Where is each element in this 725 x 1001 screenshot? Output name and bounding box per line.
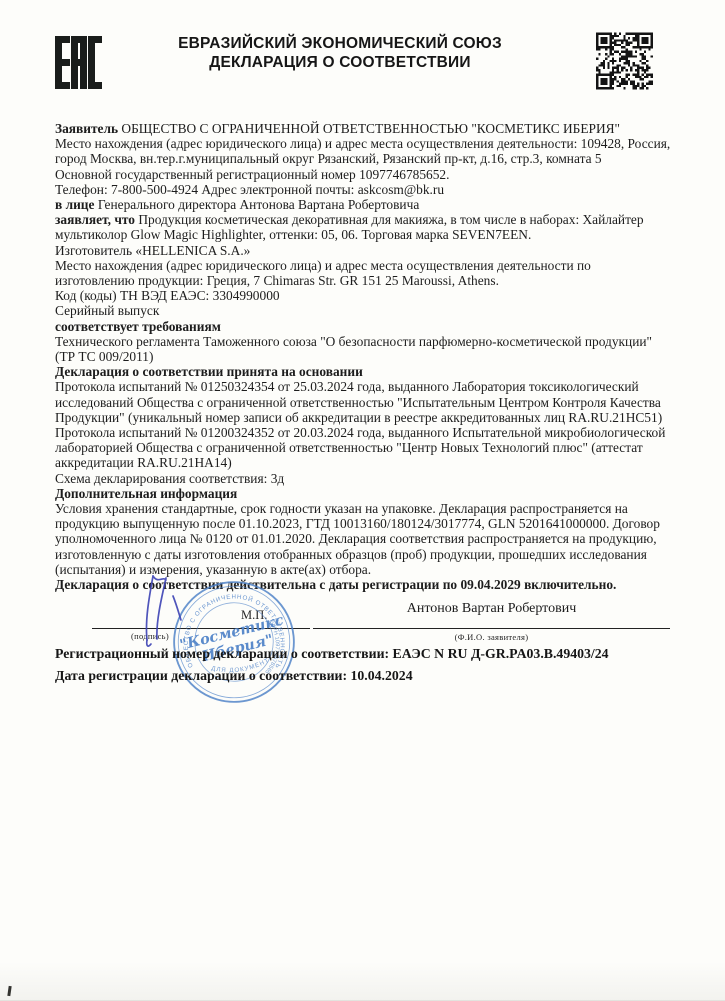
- in-person-label: в лице: [55, 197, 94, 212]
- document-title: ЕВРАЗИЙСКИЙ ЭКОНОМИЧЕСКИЙ СОЮЗ ДЕКЛАРАЦИ…: [105, 34, 575, 72]
- manufacturer-address: Место нахождения (адрес юридического лиц…: [55, 258, 672, 288]
- qr-code: [596, 31, 653, 91]
- registration-date-line: Дата регистрации декларации о соответств…: [55, 668, 413, 684]
- declares-line: заявляет, что Продукция косметическая де…: [55, 212, 672, 242]
- test-protocol-2: Протокола испытаний № 01200324352 от 20.…: [55, 425, 672, 471]
- in-person-value: Генерального директора Антонова Вартана …: [94, 197, 419, 212]
- ogrn-line: Основной государственный регистрационный…: [55, 167, 672, 182]
- declaration-document: ЕВРАЗИЙСКИЙ ЭКОНОМИЧЕСКИЙ СОЮЗ ДЕКЛАРАЦИ…: [0, 0, 725, 1001]
- registration-number-line: Регистрационный номер декларации о соотв…: [55, 646, 609, 662]
- regulation-line: Технического регламента Таможенного союз…: [55, 334, 672, 364]
- applicant-label: Заявитель: [55, 121, 118, 136]
- applicant-address: Место нахождения (адрес юридического лиц…: [55, 136, 672, 166]
- scan-artifact: [7, 986, 11, 996]
- applicant-value: ОБЩЕСТВО С ОГРАНИЧЕННОЙ ОТВЕТСТВЕННОСТЬЮ…: [118, 121, 620, 136]
- additional-info-header: Дополнительная информация: [55, 486, 672, 501]
- declares-value: Продукция косметическая декоративная для…: [55, 212, 644, 242]
- doc-type-title: ДЕКЛАРАЦИЯ О СООТВЕТСТВИИ: [105, 53, 575, 72]
- applicant-name: Антонов Вартан Робертович: [313, 601, 670, 617]
- declaration-body: Заявитель ОБЩЕСТВО С ОГРАНИЧЕННОЙ ОТВЕТС…: [55, 121, 672, 592]
- declares-label: заявляет, что: [55, 212, 135, 227]
- tnved-code-line: Код (коды) ТН ВЭД ЕАЭС: 3304990000: [55, 288, 672, 303]
- eac-logo-icon: [55, 36, 102, 89]
- manufacturer-line: Изготовитель «HELLENICA S.A.»: [55, 243, 672, 258]
- applicant-line: Заявитель ОБЩЕСТВО С ОГРАНИЧЕННОЙ ОТВЕТС…: [55, 121, 672, 136]
- phone-email-line: Телефон: 7-800-500-4924 Адрес электронно…: [55, 182, 672, 197]
- name-caption: (Ф.И.О. заявителя): [313, 632, 670, 642]
- meets-requirements-header: соответствует требованиям: [55, 319, 672, 334]
- test-protocol-1: Протокола испытаний № 01250324354 от 25.…: [55, 379, 672, 425]
- scheme-line: Схема декларирования соответствия: 3д: [55, 471, 672, 486]
- union-title: ЕВРАЗИЙСКИЙ ЭКОНОМИЧЕСКИЙ СОЮЗ: [105, 34, 575, 53]
- name-line: [313, 628, 670, 629]
- in-person-line: в лице Генерального директора Антонова В…: [55, 197, 672, 212]
- serial-issue-line: Серийный выпуск: [55, 303, 672, 318]
- basis-header: Декларация о соответствии принята на осн…: [55, 364, 672, 379]
- additional-info-text: Условия хранения стандартные, срок годно…: [55, 501, 672, 577]
